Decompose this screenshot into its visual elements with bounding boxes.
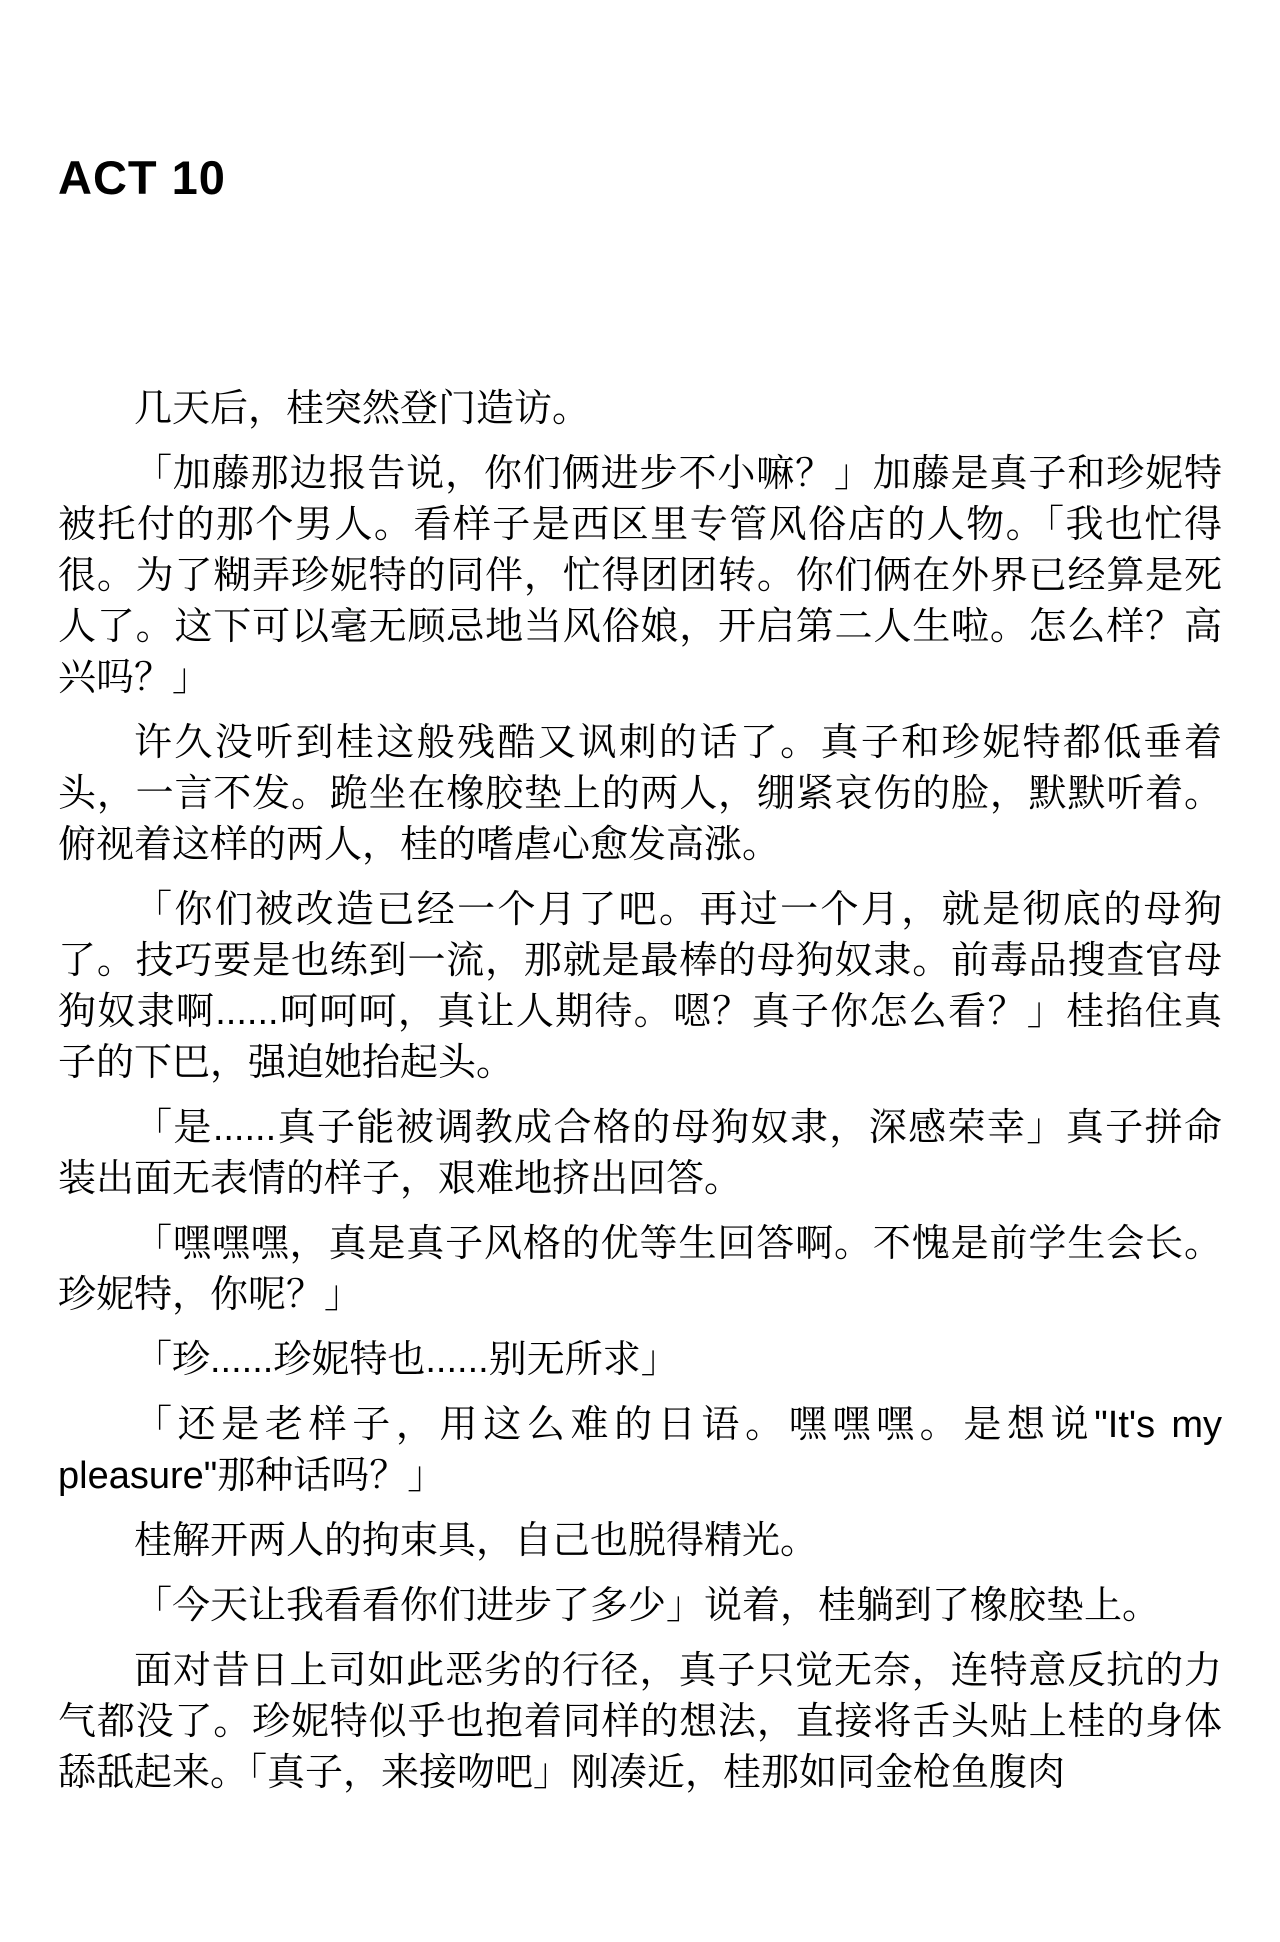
body-paragraph: 几天后，桂突然登门造访。 [58, 384, 1222, 435]
book-page: ACT 10 几天后，桂突然登门造访。 「加藤那边报告说，你们俩进步不小嘛？」加… [0, 0, 1280, 1942]
chapter-heading: ACT 10 [58, 150, 1222, 206]
body-paragraph: 「还是老样子，用这么难的日语。嘿嘿嘿。是想说"It's my pleasure"… [58, 1400, 1222, 1502]
body-paragraph: 「嘿嘿嘿，真是真子风格的优等生回答啊。不愧是前学生会长。珍妮特，你呢？」 [58, 1219, 1222, 1321]
body-paragraph: 「今天让我看看你们进步了多少」说着，桂躺到了橡胶垫上。 [58, 1581, 1222, 1632]
body-paragraph: 面对昔日上司如此恶劣的行径，真子只觉无奈，连特意反抗的力气都没了。珍妮特似乎也抱… [58, 1646, 1222, 1799]
body-paragraph: 「你们被改造已经一个月了吧。再过一个月，就是彻底的母狗了。技巧要是也练到一流，那… [58, 885, 1222, 1089]
body-paragraph: 「是......真子能被调教成合格的母狗奴隶，深感荣幸」真子拼命装出面无表情的样… [58, 1103, 1222, 1205]
page-content: 几天后，桂突然登门造访。 「加藤那边报告说，你们俩进步不小嘛？」加藤是真子和珍妮… [58, 384, 1222, 1799]
body-paragraph: 桂解开两人的拘束具，自己也脱得精光。 [58, 1516, 1222, 1567]
body-paragraph: 许久没听到桂这般残酷又讽刺的话了。真子和珍妮特都低垂着头，一言不发。跪坐在橡胶垫… [58, 718, 1222, 871]
body-paragraph: 「加藤那边报告说，你们俩进步不小嘛？」加藤是真子和珍妮特被托付的那个男人。看样子… [58, 449, 1222, 704]
body-paragraph: 「珍......珍妮特也......别无所求」 [58, 1335, 1222, 1386]
